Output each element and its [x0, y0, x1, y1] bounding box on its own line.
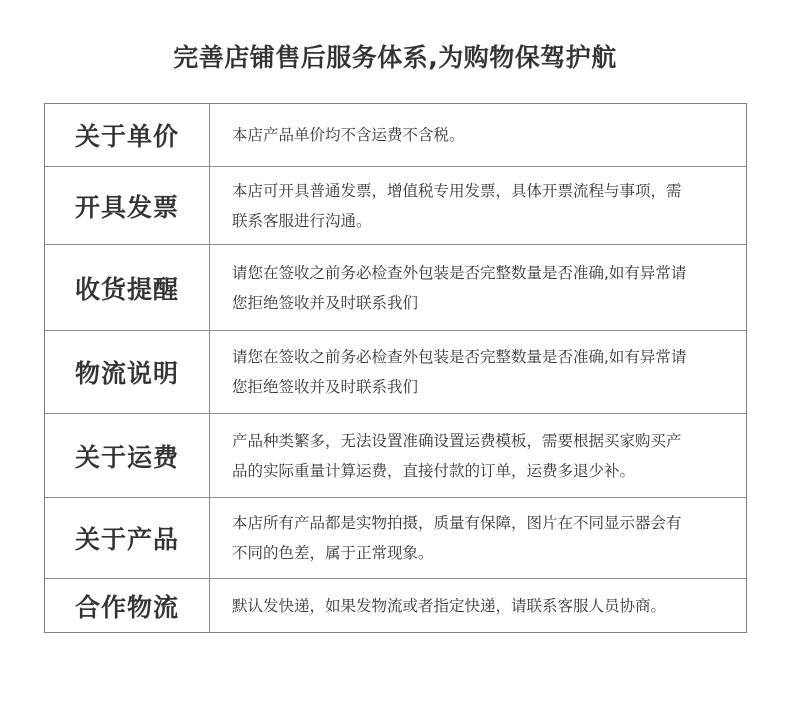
table-row: 关于单价 本店产品单价均不含运费不含税。 [45, 104, 746, 166]
row-label: 开具发票 [45, 167, 210, 244]
row-label: 物流说明 [45, 331, 210, 413]
row-label: 关于产品 [45, 498, 210, 578]
row-description: 本店所有产品都是实物拍摄，质量有保障，图片在不同显示器会有 不同的色差，属于正常… [210, 498, 746, 578]
row-description: 产品种类繁多，无法设置准确设置运费模板，需要根据买家购买产 品的实际重量计算运费… [210, 414, 746, 497]
row-description: 本店产品单价均不含运费不含税。 [210, 104, 746, 166]
row-label: 收货提醒 [45, 245, 210, 330]
table-row: 开具发票 本店可开具普通发票，增值税专用发票，具体开票流程与事项，需 联系客服进… [45, 166, 746, 244]
table-row: 物流说明 请您在签收之前务必检查外包装是否完整数量是否准确,如有异常请 您拒绝签… [45, 330, 746, 413]
page-title: 完善店铺售后服务体系,为购物保驾护航 [0, 38, 790, 74]
service-table: 关于单价 本店产品单价均不含运费不含税。 开具发票 本店可开具普通发票，增值税专… [44, 103, 747, 633]
row-label: 合作物流 [45, 579, 210, 632]
row-description: 默认发快递，如果发物流或者指定快递，请联系客服人员协商。 [210, 579, 746, 632]
row-label: 关于单价 [45, 104, 210, 166]
row-label: 关于运费 [45, 414, 210, 497]
table-row: 收货提醒 请您在签收之前务必检查外包装是否完整数量是否准确,如有异常请 您拒绝签… [45, 244, 746, 330]
table-row: 关于运费 产品种类繁多，无法设置准确设置运费模板，需要根据买家购买产 品的实际重… [45, 413, 746, 497]
row-description: 请您在签收之前务必检查外包装是否完整数量是否准确,如有异常请 您拒绝签收并及时联… [210, 245, 746, 330]
table-row: 关于产品 本店所有产品都是实物拍摄，质量有保障，图片在不同显示器会有 不同的色差… [45, 497, 746, 578]
table-row: 合作物流 默认发快递，如果发物流或者指定快递，请联系客服人员协商。 [45, 578, 746, 632]
row-description: 请您在签收之前务必检查外包装是否完整数量是否准确,如有异常请 您拒绝签收并及时联… [210, 331, 746, 413]
row-description: 本店可开具普通发票，增值税专用发票，具体开票流程与事项，需 联系客服进行沟通。 [210, 167, 746, 244]
